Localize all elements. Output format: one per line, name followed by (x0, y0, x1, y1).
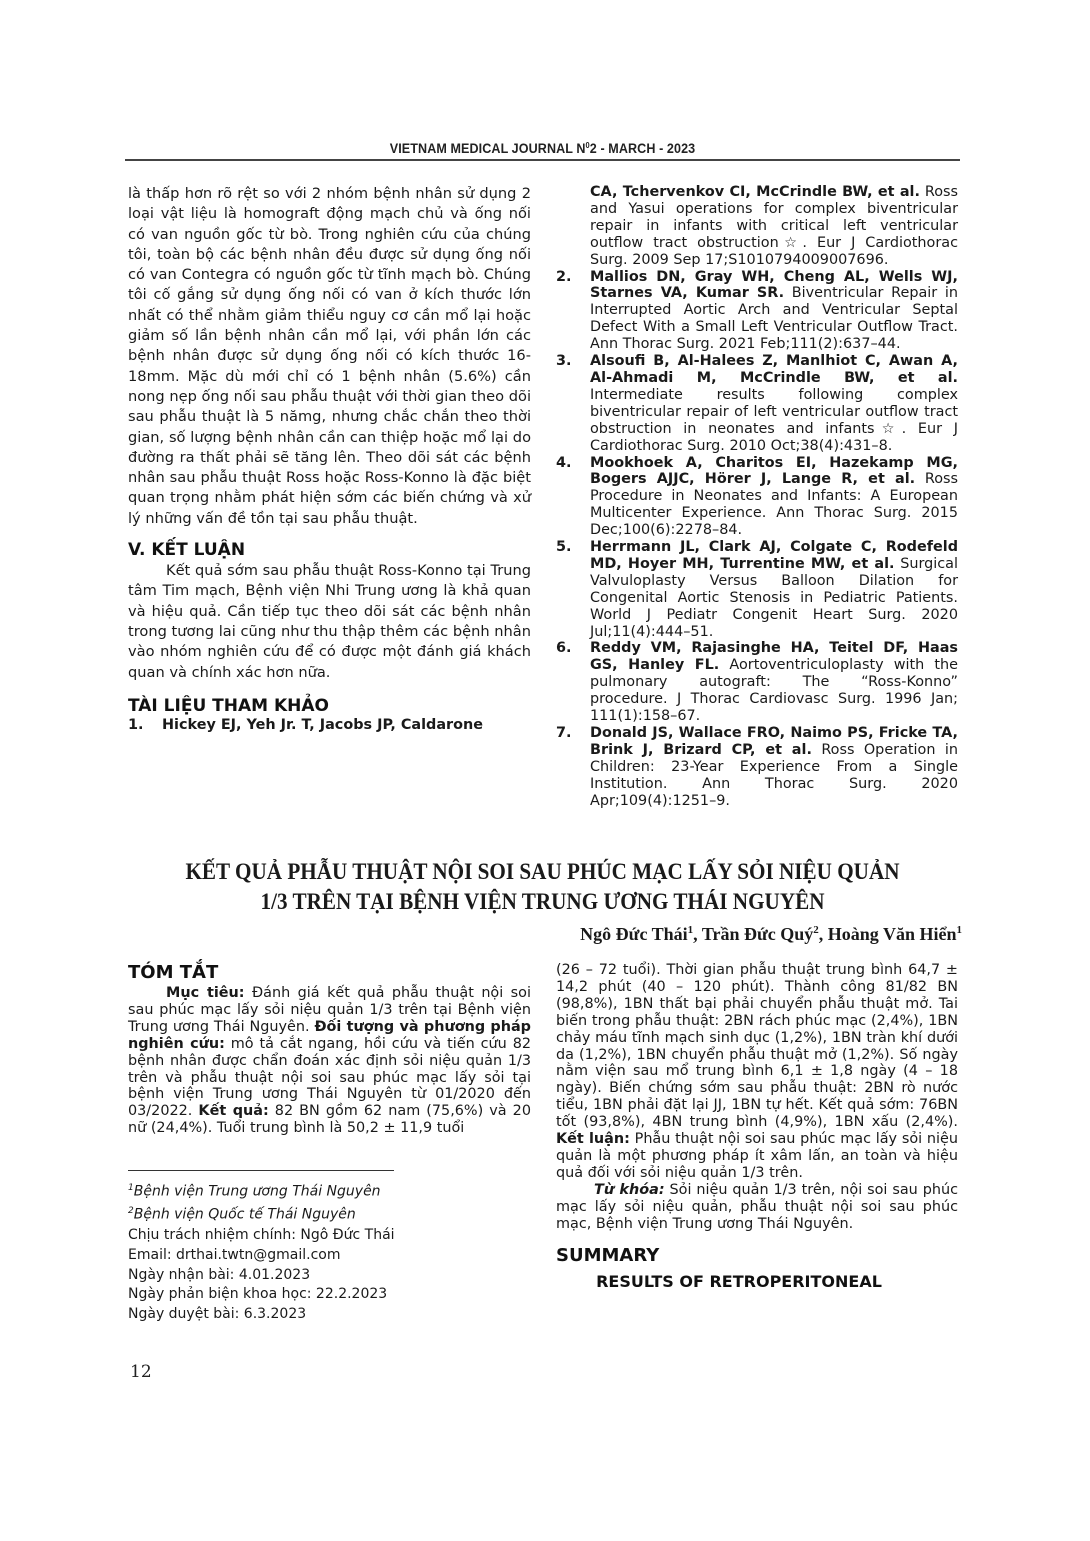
article-authors: Ngô Đức Thái1, Trần Đức Quý2, Hoàng Văn … (580, 924, 962, 945)
author-name: Trần Đức Quý (702, 924, 813, 944)
reference-text: Intermediate results following complex b… (590, 387, 958, 454)
reference-3: 3. Alsoufi B, Al-Halees Z, Manlhiot C, A… (556, 353, 958, 454)
left-column-previous-article: là thấp hơn rõ rệt so với 2 nhóm bệnh nh… (128, 184, 531, 734)
affiliation-2: 2Bệnh viện Quốc tế Thái Nguyên (128, 1202, 395, 1225)
summary-heading: SUMMARY (556, 1245, 958, 1267)
references-heading: TÀI LIỆU THAM KHẢO (128, 695, 531, 717)
reference-1-continued: CA, Tchervenkov CI, McCrindle BW, et al.… (556, 184, 958, 269)
affiliation-1: 1Bệnh viện Trung ương Thái Nguyên (128, 1179, 395, 1202)
footnote-rule (128, 1170, 394, 1171)
reference-number: 7. (556, 725, 571, 742)
email: Email: drthai.twtn@gmail.com (128, 1246, 395, 1266)
article-title-line-1: KẾT QUẢ PHẪU THUẬT NỘI SOI SAU PHÚC MẠC … (158, 857, 926, 887)
reference-1-start: 1. Hickey EJ, Yeh Jr. T, Jacobs JP, Cald… (128, 717, 531, 734)
conclusion-label: Kết luận: (556, 1131, 630, 1147)
results-text-continued: (26 – 72 tuổi). Thời gian phẫu thuật tru… (556, 962, 958, 1130)
issue-date: 2 - MARCH - 2023 (590, 141, 695, 156)
reference-number: 1. (128, 717, 143, 734)
author-name: Hoàng Văn Hiển (828, 924, 957, 944)
page-number: 12 (130, 1362, 152, 1382)
abstract-paragraph: Mục tiêu: Đánh giá kết quả phẫu thuật nộ… (128, 985, 531, 1137)
reference-number: 2. (556, 269, 571, 286)
header-rule (125, 159, 960, 161)
conclusion-paragraph: Kết quả sớm sau phẫu thuật Ross-Konno tạ… (128, 561, 531, 683)
abstract-heading: TÓM TẮT (128, 962, 531, 984)
article-title-line-2: 1/3 TRÊN TẠI BỆNH VIỆN TRUNG ƯƠNG THÁI N… (158, 887, 926, 917)
author-name: Ngô Đức Thái (580, 924, 687, 944)
reference-number: 4. (556, 455, 571, 472)
reference-authors-partial: Hickey EJ, Yeh Jr. T, Jacobs JP, Caldaro… (162, 717, 483, 733)
affiliation-text: Bệnh viện Quốc tế Thái Nguyên (134, 1207, 356, 1223)
footnotes: 1Bệnh viện Trung ương Thái Nguyên 2Bệnh … (128, 1179, 395, 1325)
reference-2: 2. Mallios DN, Gray WH, Cheng AL, Wells … (556, 269, 958, 354)
summary-title: RESULTS OF RETROPERITONEAL (556, 1271, 958, 1293)
reference-4: 4. Mookhoek A, Charitos EI, Hazekamp MG,… (556, 455, 958, 540)
results-label: Kết quả: (198, 1103, 268, 1119)
accepted-date: Ngày duyệt bài: 6.3.2023 (128, 1305, 395, 1325)
author-affiliation-sup: 1 (957, 924, 963, 936)
reference-5: 5. Herrmann JL, Clark AJ, Colgate C, Rod… (556, 539, 958, 640)
reference-authors: Alsoufi B, Al-Halees Z, Manlhiot C, Awan… (590, 353, 958, 386)
reference-number: 6. (556, 640, 571, 657)
review-date: Ngày phản biện khoa học: 22.2.2023 (128, 1285, 395, 1305)
journal-name: VIETNAM MEDICAL JOURNAL N (390, 141, 586, 156)
affiliation-text: Bệnh viện Trung ương Thái Nguyên (134, 1184, 381, 1200)
running-head: VIETNAM MEDICAL JOURNAL N02 - MARCH - 20… (154, 141, 931, 156)
abstract-right-column: (26 – 72 tuổi). Thời gian phẫu thuật tru… (556, 962, 958, 1293)
author-separator: , (819, 924, 828, 944)
keywords-label: Từ khóa: (594, 1182, 665, 1198)
abstract-paragraph-continued: (26 – 72 tuổi). Thời gian phẫu thuật tru… (556, 962, 958, 1182)
objective-label: Mục tiêu: (166, 985, 245, 1001)
reference-6: 6. Reddy VM, Rajasinghe HA, Teitel DF, H… (556, 640, 958, 725)
corresponding-author: Chịu trách nhiệm chính: Ngô Đức Thái (128, 1226, 395, 1246)
keywords-paragraph: Từ khóa: Sỏi niệu quản 1/3 trên, nội soi… (556, 1182, 958, 1233)
discussion-paragraph: là thấp hơn rõ rệt so với 2 nhóm bệnh nh… (128, 184, 531, 529)
received-date: Ngày nhận bài: 4.01.2023 (128, 1266, 395, 1286)
reference-authors-continued: CA, Tchervenkov CI, McCrindle BW, et al. (590, 184, 920, 200)
abstract-left-column: TÓM TẮT Mục tiêu: Đánh giá kết quả phẫu … (128, 962, 531, 1137)
reference-number: 3. (556, 353, 571, 370)
author-separator: , (693, 924, 702, 944)
reference-authors: Mookhoek A, Charitos EI, Hazekamp MG, Bo… (590, 455, 958, 488)
article-title: KẾT QUẢ PHẪU THUẬT NỘI SOI SAU PHÚC MẠC … (158, 857, 926, 917)
right-column-references: CA, Tchervenkov CI, McCrindle BW, et al.… (556, 184, 958, 810)
conclusion-heading: V. KẾT LUẬN (128, 539, 531, 561)
journal-page: VIETNAM MEDICAL JOURNAL N02 - MARCH - 20… (0, 0, 1090, 1541)
reference-number: 5. (556, 539, 571, 556)
reference-7: 7. Donald JS, Wallace FRO, Naimo PS, Fri… (556, 725, 958, 810)
